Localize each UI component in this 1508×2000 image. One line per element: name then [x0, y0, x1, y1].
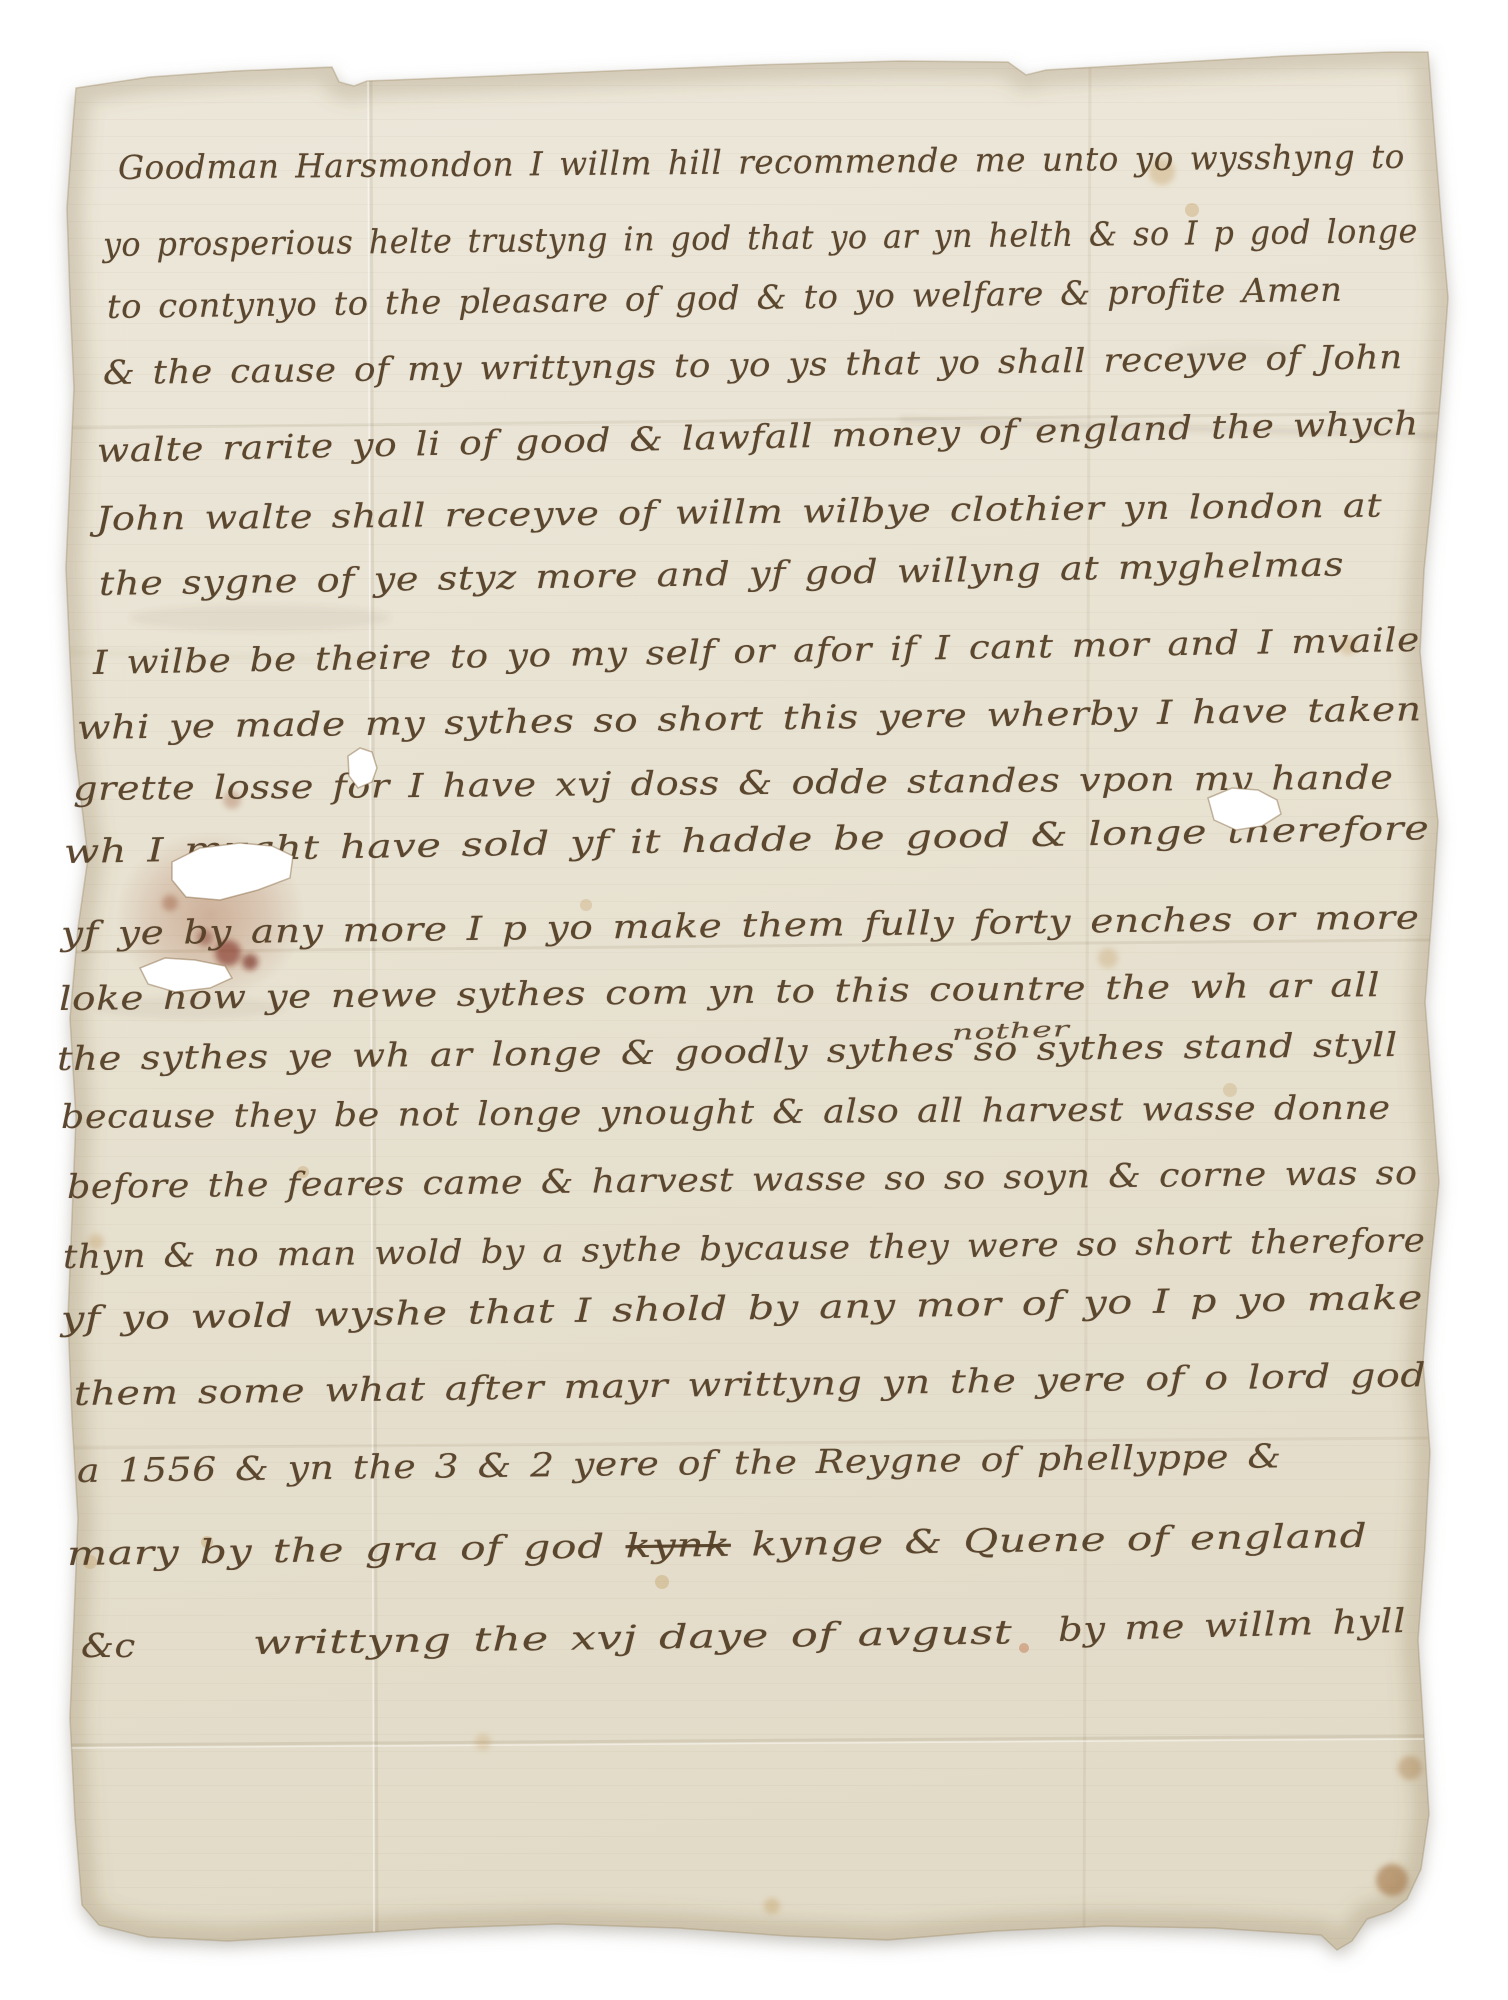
- manuscript-line: thyn & no man wold by a sythe bycause th…: [63, 1222, 1426, 1275]
- manuscript-line: wh I myght have sold yf it hadde be good…: [64, 810, 1430, 870]
- interlinear-insertion: nother: [952, 1018, 1071, 1045]
- strikethrough-word: kynk: [625, 1525, 731, 1565]
- manuscript-line: to contynyo to the pleasare of god & to …: [107, 272, 1343, 326]
- letter-text: Goodman Harsmondon I willm hill recommen…: [0, 0, 1508, 2000]
- etcetera-mark: &c: [81, 1628, 136, 1664]
- manuscript-line: yo prosperious helte trustyng in god tha…: [103, 213, 1418, 263]
- manuscript-line: the sygne of ye styz more and yf god wil…: [99, 546, 1345, 602]
- manuscript-line: the sythes ye wh ar longe & goodly sythe…: [57, 1027, 1398, 1077]
- manuscript-photo: Goodman Harsmondon I willm hill recommen…: [0, 0, 1508, 2000]
- manuscript-line: Goodman Harsmondon I willm hill recommen…: [118, 139, 1405, 187]
- manuscript-line: yf ye by any more I p yo make them fully…: [61, 899, 1420, 952]
- manuscript-line: them some what after mayr writtyng yn th…: [74, 1357, 1427, 1412]
- dateline-closing: writtyng the xvj daye of avgust: [253, 1614, 1013, 1661]
- manuscript-line: grette losse for I have xvj doss & odde …: [73, 759, 1394, 807]
- manuscript-line: & the cause of my writtyngs to yo ys tha…: [103, 339, 1403, 391]
- manuscript-line: loke how ye newe sythes com yn to this c…: [59, 967, 1381, 1017]
- manuscript-line: John walte shall receyve of willm wilbye…: [96, 488, 1383, 538]
- manuscript-line: before the feares came & harvest wasse s…: [67, 1155, 1418, 1205]
- manuscript-line: I wilbe be theire to yo my self or afor …: [93, 622, 1420, 681]
- signature: by me willm hyll: [1057, 1603, 1406, 1648]
- manuscript-line: whi ye made my sythes so short this yere…: [77, 691, 1422, 746]
- line-segment: mary by the gra of god: [67, 1526, 626, 1573]
- manuscript-line: because they be not longe ynought & also…: [61, 1090, 1391, 1136]
- date-line: a 1556 & yn the 3 & 2 yere of the Reygne…: [77, 1438, 1282, 1489]
- manuscript-line: mary by the gra of god kynk kynge & Quen…: [67, 1518, 1368, 1572]
- manuscript-line: walte rarite yo li of good & lawfall mon…: [97, 405, 1420, 469]
- manuscript-line: yf yo wold wyshe that I shold by any mor…: [61, 1280, 1424, 1338]
- line-segment: kynge & Quene of england: [731, 1516, 1368, 1564]
